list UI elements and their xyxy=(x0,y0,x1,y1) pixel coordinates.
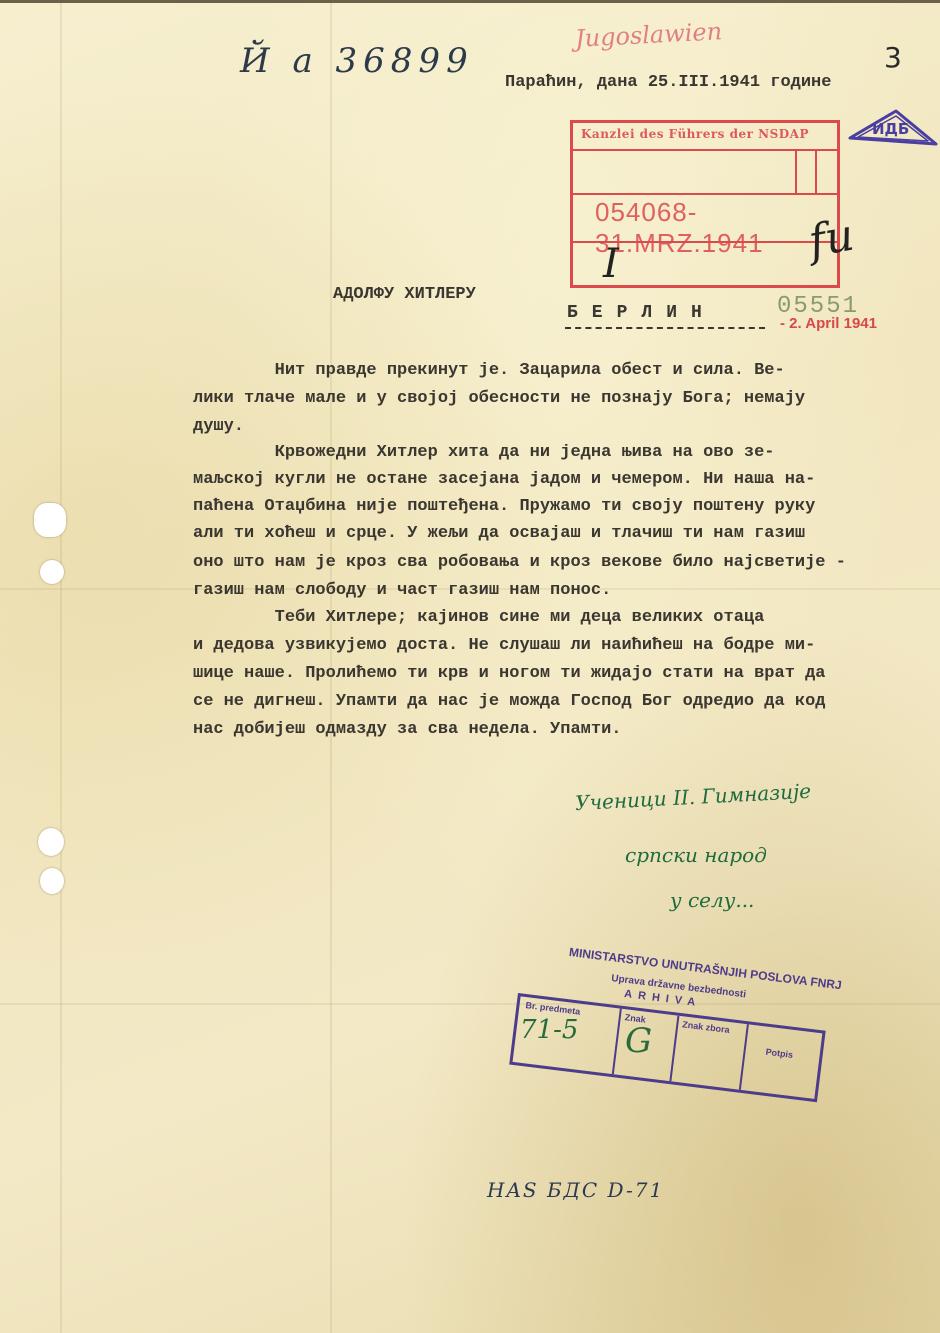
receipt-stamp-header: Kanzlei des Führers der NSDAP xyxy=(581,127,809,141)
receipt-stamp: Kanzlei des Führers der NSDAP 054068-31.… xyxy=(570,120,840,288)
city-underline xyxy=(565,327,765,329)
addressee-city: БЕРЛИН xyxy=(567,303,716,323)
body-line: шице наше. Пролићемо ти крв и ногом ти ж… xyxy=(193,664,826,683)
archive-handwritten-sign: G xyxy=(625,1021,652,1061)
signature-line-3: у селу... xyxy=(670,888,754,912)
signature-line-1: Ученици ІІ. Гимназије xyxy=(575,779,812,815)
addressee-name: АДОЛФУ ХИТЛЕРУ xyxy=(333,285,476,304)
signature-line-2: српски народ xyxy=(625,843,767,867)
body-line: али ти хоћеш и срце. У жељи да освајаш и… xyxy=(193,524,805,543)
archive-stamp-box: Br. predmeta Znak Znak zbora Potpis xyxy=(509,993,825,1102)
punch-hole xyxy=(40,560,64,584)
berlin-mark-date: - 2. April 1941 xyxy=(780,315,877,332)
body-line: се не дигнеш. Упамти да нас је можда Гос… xyxy=(193,692,826,711)
body-line: оно што нам је кроз сва робовања и кроз … xyxy=(193,553,846,572)
body-line: паћена Отаџбина није поштеђена. Пружамо … xyxy=(193,497,815,516)
body-line: Крвожедни Хитлер хита да ни једна њива н… xyxy=(193,443,775,462)
archive-reference: HAS БДС D-71 xyxy=(487,1178,664,1202)
paper-crease xyxy=(60,3,62,1333)
receipt-mark-signature: fu xyxy=(805,210,858,268)
receipt-mark-left: I xyxy=(603,241,619,287)
archive-col-label: Potpis xyxy=(765,1047,794,1060)
archive-handwritten-number: 71-5 xyxy=(520,1015,578,1045)
body-line: маљској кугли не остане засејана јадом и… xyxy=(193,470,815,489)
punch-hole xyxy=(38,828,64,856)
handwritten-red-note: Jugoslawien xyxy=(574,17,722,53)
body-line: лики тлаче мале и у својој обесности не … xyxy=(193,389,805,408)
receipt-stamp-entry: 054068-31.MRZ.1941 xyxy=(595,197,837,259)
triangle-stamp: ИДБ xyxy=(846,108,938,148)
triangle-stamp-text: ИДБ xyxy=(872,120,909,138)
body-line: нас добијеш одмазду за сва недела. Упамт… xyxy=(193,720,621,739)
body-line: Нит правде прекинут је. Зацарила обест и… xyxy=(193,361,785,380)
dateline: Параћин, дана 25.III.1941 године xyxy=(505,73,831,92)
body-line: газиш нам слободу и част газиш нам понос… xyxy=(193,581,611,600)
punch-hole xyxy=(34,503,66,537)
paper-crease xyxy=(0,1003,940,1005)
page-number: 3 xyxy=(884,41,902,74)
document-page: Й а 36899 Jugoslawien 3 Параћин, дана 25… xyxy=(0,0,940,1333)
archive-col-label: Znak zbora xyxy=(682,1019,730,1035)
handwritten-ref-number: Й а 36899 xyxy=(240,41,474,81)
body-line: душу. xyxy=(193,417,244,436)
punch-hole xyxy=(40,868,64,894)
body-line: Теби Хитлере; кајинов сине ми деца велик… xyxy=(193,608,764,627)
body-line: и дедова узвикујемо доста. Не слушаш ли … xyxy=(193,636,815,655)
